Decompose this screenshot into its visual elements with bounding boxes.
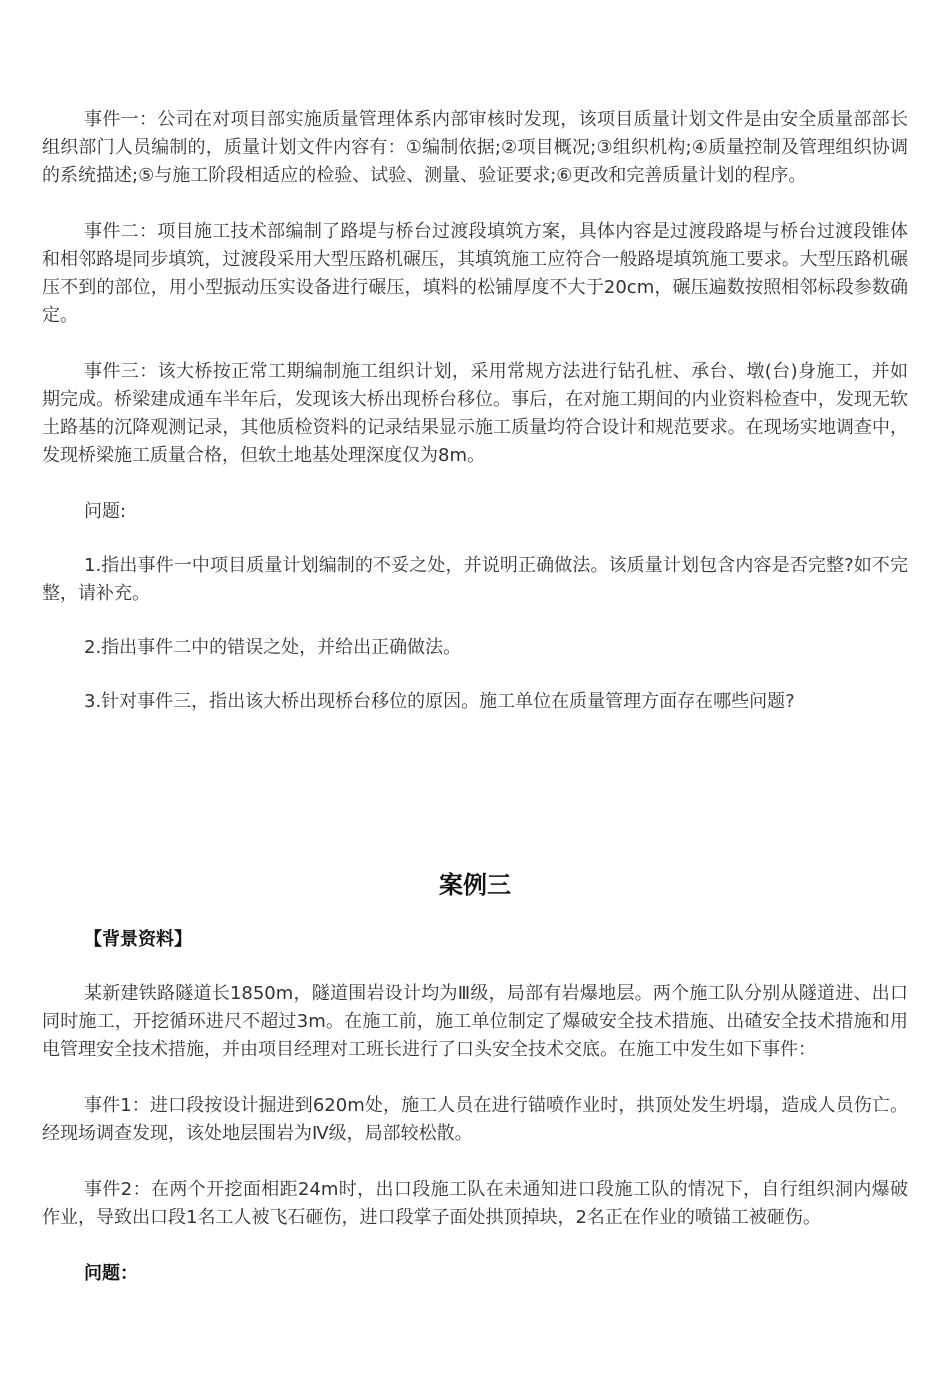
case3-event-1-paragraph: 事件1：进口段按设计掘进到620m处，施工人员在进行锚喷作业时，拱顶处发生坍塌，… <box>42 1092 908 1148</box>
case2-event-1-paragraph: 事件一：公司在对项目部实施质量管理体系内部审核时发现，该项目质量计划文件是由安全… <box>42 106 908 190</box>
document-page: 事件一：公司在对项目部实施质量管理体系内部审核时发现，该项目质量计划文件是由安全… <box>0 0 950 1378</box>
case2-event-3-paragraph: 事件三：该大桥按正常工期编制施工组织计划，采用常规方法进行钻孔桩、承台、墩(台)… <box>42 358 908 470</box>
case2-question-3: 3.针对事件三，指出该大桥出现桥台移位的原因。施工单位在质量管理方面存在哪些问题… <box>42 688 908 716</box>
case3-event-2-paragraph: 事件2：在两个开挖面相距24m时，出口段施工队在未通知进口段施工队的情况下，自行… <box>42 1176 908 1232</box>
case3-background-label: 【背景资料】 <box>42 926 908 954</box>
case2-event-2-paragraph: 事件二：项目施工技术部编制了路堤与桥台过渡段填筑方案，具体内容是过渡段路堤与桥台… <box>42 218 908 330</box>
case3-questions-label: 问题： <box>42 1260 908 1288</box>
case2-questions-label: 问题: <box>42 498 908 526</box>
case3-title: 案例三 <box>42 868 908 902</box>
case2-question-1: 1.指出事件一中项目质量计划编制的不妥之处，并说明正确做法。该质量计划包含内容是… <box>42 552 908 608</box>
case2-question-2: 2.指出事件二中的错误之处，并给出正确做法。 <box>42 634 908 662</box>
case3-background-paragraph: 某新建铁路隧道长1850m，隧道围岩设计均为Ⅲ级，局部有岩爆地层。两个施工队分别… <box>42 980 908 1064</box>
